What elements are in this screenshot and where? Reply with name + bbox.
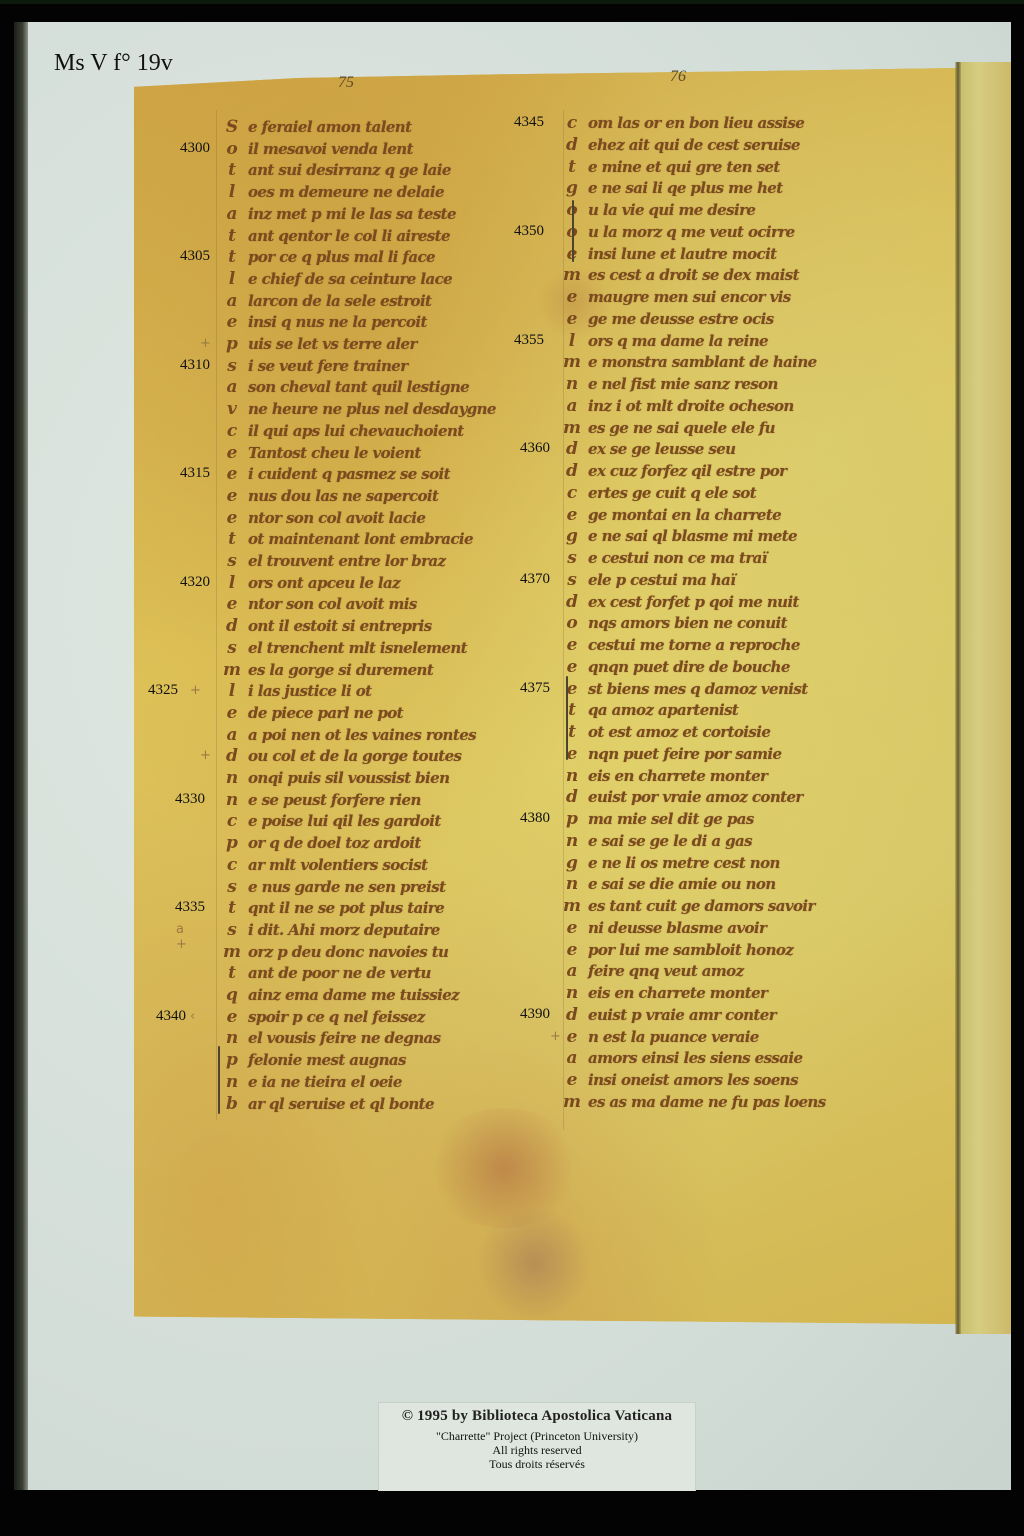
verse-text: a poi nen ot les vaines rontes (248, 726, 476, 744)
verse-line: se cestui non ce ma traï (562, 547, 767, 569)
verse-initial: d (562, 1005, 582, 1025)
verse-initial: g (562, 526, 582, 546)
verse-text: u la vie qui me desire (588, 201, 755, 219)
verse-line: sel trenchent mlt isnelement (222, 637, 467, 659)
verse-line: epor lui me sambloit honoz (562, 939, 793, 961)
verse-line: mes tant cuit ge damors savoir (562, 895, 815, 917)
verse-initial: e (222, 1007, 242, 1027)
verse-text: es tant cuit ge damors savoir (588, 897, 815, 915)
verse-initial: d (222, 746, 242, 766)
verse-line: eqnqn puet dire de bouche (562, 656, 790, 678)
verse-line: nonqi puis sil voussist bien (222, 767, 449, 789)
verse-text: es la gorge si durement (248, 661, 433, 679)
verse-text: ex se ge leusse seu (588, 440, 735, 458)
verse-initial: s (222, 551, 242, 571)
verse-text: ehez ait qui de cest seruise (588, 136, 800, 154)
verse-text: inz met p mi le las sa teste (248, 205, 456, 223)
verse-initial: e (222, 508, 242, 528)
verse-line: en est la puance veraie (562, 1026, 759, 1048)
verse-text: u la morz q me veut ocirre (588, 223, 795, 241)
verse-initial: e (222, 703, 242, 723)
verse-line: tqnt il ne se pot plus taire (222, 897, 444, 919)
rights-en: All rights reserved (379, 1443, 695, 1457)
verse-text: e mine et qui gre ten set (588, 158, 780, 176)
verse-line: puis se let vs terre aler (222, 333, 417, 355)
verse-text: e monstra samblant de haine (588, 353, 817, 371)
verse-text: ant sui desirranz q ge laie (248, 161, 451, 179)
verse-initial: m (562, 896, 582, 916)
verse-initial: s (222, 877, 242, 897)
verse-initial: n (562, 831, 582, 851)
verse-text: ma mie sel dit ge pas (588, 810, 754, 828)
verse-initial: o (562, 613, 582, 633)
verse-text: ge montai en la charrete (588, 506, 781, 524)
verse-line: ge ne sai li qe plus me het (562, 177, 783, 199)
verse-initial: m (222, 660, 242, 680)
verse-line: tant de poor ne de vertu (222, 962, 431, 984)
verse-initial: e (562, 1027, 582, 1047)
verse-line: onqs amors bien ne conuit (562, 612, 787, 634)
verse-initial: n (222, 768, 242, 788)
verse-text: ele p cestui ma haï (588, 571, 735, 589)
verse-text: e sai se ge le di a gas (588, 832, 752, 850)
verse-initial: m (562, 352, 582, 372)
verse-text: onqi puis sil voussist bien (248, 769, 449, 787)
verse-text: oes m demeure ne delaie (248, 183, 444, 201)
verse-line: ainz met p mi le las sa teste (222, 203, 456, 225)
line-number: 4305 (180, 248, 210, 265)
verse-text: inz i ot mlt droite ocheson (588, 397, 794, 415)
verse-initial: l (222, 269, 242, 289)
verse-line: vne heure ne plus nel desdaygne (222, 398, 496, 420)
verse-line: se nus garde ne sen preist (222, 876, 445, 898)
verse-line: nel vousis feire ne degnas (222, 1027, 441, 1049)
verse-initial: s (562, 548, 582, 568)
verse-initial: d (562, 461, 582, 481)
verse-text: i las justice li ot (248, 682, 371, 700)
verse-text: e ne sai li qe plus me het (588, 179, 783, 197)
verse-text: feire qnq veut amoz (588, 962, 744, 980)
verse-initial: s (222, 638, 242, 658)
verse-line: ainz i ot mlt droite ocheson (562, 395, 794, 417)
verse-text: ar ql seruise et ql bonte (248, 1095, 434, 1113)
verse-line: Se feraiel amon talent (222, 116, 411, 138)
verse-text: insi q nus ne la percoit (248, 313, 427, 331)
verse-line: li las justice li ot (222, 680, 371, 702)
verse-line: dont il estoit si entrepris (222, 615, 432, 637)
verse-initial: e (562, 657, 582, 677)
verse-text: il mesavoi venda lent (248, 140, 413, 158)
verse-initial: v (222, 399, 242, 419)
verse-text: por lui me sambloit honoz (588, 941, 793, 959)
verse-text: e cestui non ce ma traï (588, 549, 767, 567)
verse-text: e poise lui qil les gardoit (248, 812, 441, 830)
verse-initial: t (222, 898, 242, 918)
verse-initial: n (222, 1072, 242, 1092)
verse-initial: n (562, 874, 582, 894)
verse-line: enqn puet feire por samie (562, 743, 781, 765)
verse-initial: b (222, 1094, 242, 1114)
copyright-holder: © 1995 by Biblioteca Apostolica Vaticana (379, 1408, 695, 1425)
verse-text: cestui me torne a reproche (588, 636, 800, 654)
verse-initial: e (562, 287, 582, 307)
verse-text: e ne sai ql blasme mi mete (588, 527, 797, 545)
margin-bracket (218, 1046, 220, 1114)
verse-line: ei cuident q pasmez se soit (222, 463, 450, 485)
verse-initial: e (222, 312, 242, 332)
ruling-line (216, 110, 217, 1120)
verse-text: nqn puet feire por samie (588, 745, 781, 763)
verse-text: i se veut fere trainer (248, 357, 408, 375)
verse-line: tant sui desirranz q ge laie (222, 159, 451, 181)
line-number: 4375 (520, 680, 550, 697)
verse-text: i cuident q pasmez se soit (248, 465, 450, 483)
verse-initial: e (562, 918, 582, 938)
verse-line: sel trouvent entre lor braz (222, 550, 445, 572)
verse-text: e ne li os metre cest non (588, 854, 780, 872)
verse-text: qnqn puet dire de bouche (588, 658, 790, 676)
folio-title: Ms V f° 19v (54, 50, 173, 77)
verse-line: neis en charrete monter (562, 765, 767, 787)
verse-text: ant qentor le col li aireste (248, 227, 450, 245)
verse-initial: e (222, 443, 242, 463)
verse-text: n est la puance veraie (588, 1028, 759, 1046)
line-number: 4380 (520, 810, 550, 827)
verse-initial: t (562, 157, 582, 177)
stain (424, 1108, 584, 1228)
verse-initial: e (562, 505, 582, 525)
verse-line: tqa amoz apartenist (562, 699, 738, 721)
verse-initial: d (562, 592, 582, 612)
verse-initial: s (562, 570, 582, 590)
verse-line: mes la gorge si durement (222, 659, 433, 681)
mount-edge-shadow (14, 22, 28, 1490)
verse-initial: m (562, 1092, 582, 1112)
verse-text: e sai se die amie ou non (588, 875, 776, 893)
verse-text: i dit. Ahi morz deputaire (248, 921, 440, 939)
verse-line: dex se ge leusse seu (562, 438, 735, 460)
verse-line: einsi q nus ne la percoit (222, 311, 427, 333)
verse-initial: e (562, 1070, 582, 1090)
verse-text: maugre men sui encor vis (588, 288, 791, 306)
verse-text: euist p vraie amr conter (588, 1006, 776, 1024)
verse-line: si dit. Ahi morz deputaire (222, 919, 440, 941)
verse-line: dou col et de la gorge toutes (222, 745, 461, 767)
verse-text: es as ma dame ne fu pas loens (588, 1093, 826, 1111)
verse-line: ecestui me torne a reproche (562, 634, 800, 656)
verse-initial: n (562, 983, 582, 1003)
verse-initial: l (222, 573, 242, 593)
verse-text: es cest a droit se dex maist (588, 266, 799, 284)
line-number: 4345 (514, 114, 544, 131)
margin-mark: + (200, 748, 211, 763)
verse-initial: a (222, 291, 242, 311)
line-number: 4310 (180, 357, 210, 374)
verse-text: ntor son col avoit mis (248, 595, 417, 613)
verse-initial: l (222, 182, 242, 202)
verse-initial: l (562, 331, 582, 351)
verse-initial: t (222, 160, 242, 180)
verse-initial: a (222, 725, 242, 745)
verse-line: qainz ema dame me tuissiez (222, 984, 459, 1006)
verse-line: morz p deu donc navoies tu (222, 941, 448, 963)
verse-line: enus dou las ne sapercoit (222, 485, 438, 507)
verse-line: eni deusse blasme avoir (562, 917, 766, 939)
project-credit: "Charrette" Project (Princeton Universit… (379, 1429, 695, 1443)
verse-line: lors ont apceu le laz (222, 572, 400, 594)
line-number: 4300 (180, 140, 210, 157)
verse-initial: d (222, 616, 242, 636)
verse-text: ntor son col avoit lacie (248, 509, 425, 527)
verse-line: dex cest forfet p qoi me nuit (562, 591, 799, 613)
verse-line: est biens mes q damoz venist (562, 678, 808, 700)
verse-initial: m (222, 942, 242, 962)
verse-line: aamors einsi les siens essaie (562, 1047, 802, 1069)
verse-text: or q de doel toz ardoit (248, 834, 421, 852)
verse-line: com las or en bon lieu assise (562, 112, 804, 134)
verse-line: mes as ma dame ne fu pas loens (562, 1091, 826, 1113)
verse-line: tot est amoz et cortoisie (562, 721, 770, 743)
foliation-left: 75 (338, 74, 354, 92)
verse-initial: q (222, 985, 242, 1005)
line-number: 4370 (520, 571, 550, 588)
verse-line: lors q ma dame la reine (562, 330, 768, 352)
verse-initial: c (222, 855, 242, 875)
verse-text: son cheval tant quil lestigne (248, 378, 469, 396)
verse-line: ne nel fist mie sanz reson (562, 373, 778, 395)
verse-line: pfelonie mest augnas (222, 1049, 406, 1071)
verse-initial: g (562, 853, 582, 873)
verse-line: ne sai se ge le di a gas (562, 830, 752, 852)
verse-initial: c (222, 421, 242, 441)
verse-line: dex cuz forfez qil estre por (562, 460, 786, 482)
verse-line: oil mesavoi venda lent (222, 138, 413, 160)
verse-line: aa poi nen ot les vaines rontes (222, 724, 476, 746)
line-number: 4335 (175, 899, 205, 916)
verse-initial: l (222, 681, 242, 701)
verse-initial: t (222, 529, 242, 549)
verse-text: euist por vraie amoz conter (588, 788, 803, 806)
verse-initial: c (562, 113, 582, 133)
verse-text: amors einsi les siens essaie (588, 1049, 802, 1067)
verse-initial: a (222, 377, 242, 397)
facing-page-edge (956, 62, 1011, 1334)
verse-initial: n (562, 374, 582, 394)
verse-line: ge ne sai ql blasme mi mete (562, 525, 797, 547)
verse-text: ot est amoz et cortoisie (588, 723, 770, 741)
line-number: 4355 (514, 332, 544, 349)
verse-line: car mlt volentiers socist (222, 854, 427, 876)
verse-line: dehez ait qui de cest seruise (562, 134, 800, 156)
verse-initial: p (222, 833, 242, 853)
verse-line: einsi oneist amors les soens (562, 1069, 798, 1091)
verse-text: ors q ma dame la reine (588, 332, 768, 350)
verse-text: ertes ge cuit q ele sot (588, 484, 756, 502)
verse-text: ainz ema dame me tuissiez (248, 986, 459, 1004)
verse-text: nus dou las ne sapercoit (248, 487, 438, 505)
verse-line: ede piece parl ne pot (222, 702, 403, 724)
verse-line: tot maintenant lont embracie (222, 528, 473, 550)
verse-line: tpor ce q plus mal li face (222, 246, 435, 268)
verse-line: deuist p vraie amr conter (562, 1004, 776, 1026)
verse-initial: e (562, 635, 582, 655)
copyright-label: © 1995 by Biblioteca Apostolica Vaticana… (378, 1402, 696, 1491)
verse-text: om las or en bon lieu assise (588, 114, 804, 132)
verse-line: einsi lune et lautre mocit (562, 243, 777, 265)
verse-line: me monstra samblant de haine (562, 351, 817, 373)
verse-line: alarcon de la sele estroit (222, 290, 431, 312)
verse-text: Tantost cheu le voient (248, 444, 421, 462)
verse-text: larcon de la sele estroit (248, 292, 431, 310)
verse-line: ge ne li os metre cest non (562, 852, 780, 874)
line-number: 4320 (180, 574, 210, 591)
verse-text: qnt il ne se pot plus taire (248, 899, 444, 917)
verse-text: ex cest forfet p qoi me nuit (588, 593, 799, 611)
verse-text: eis en charrete monter (588, 984, 767, 1002)
verse-line: tant qentor le col li aireste (222, 225, 450, 247)
line-number: 4315 (180, 465, 210, 482)
verse-initial: e (562, 679, 582, 699)
verse-line: mes cest a droit se dex maist (562, 264, 799, 286)
verse-line: te mine et qui gre ten set (562, 156, 780, 178)
verse-line: le chief de sa ceinture lace (222, 268, 452, 290)
verse-line: ege montai en la charrete (562, 504, 781, 526)
binding-gutter (955, 62, 961, 1334)
verse-line: emaugre men sui encor vis (562, 286, 791, 308)
verse-line: si se veut fere trainer (222, 355, 408, 377)
verse-line: mes ge ne sai quele ele fu (562, 417, 775, 439)
verse-initial: s (222, 920, 242, 940)
verse-text: es ge ne sai quele ele fu (588, 419, 775, 437)
verse-text: ne heure ne plus nel desdaygne (248, 400, 496, 418)
verse-initial: t (222, 963, 242, 983)
verse-text: qa amoz apartenist (588, 701, 738, 719)
margin-bracket (572, 200, 574, 262)
verse-initial: a (562, 1048, 582, 1068)
verse-initial: e (222, 486, 242, 506)
verse-initial: c (222, 811, 242, 831)
verse-initial: p (562, 809, 582, 829)
verse-line: ne sai se die amie ou non (562, 873, 776, 895)
verse-initial: d (562, 135, 582, 155)
stain (474, 1208, 594, 1318)
verse-initial: a (562, 396, 582, 416)
verse-initial: d (562, 439, 582, 459)
verse-text: e nel fist mie sanz reson (588, 375, 778, 393)
verse-text: e ia ne tieira el oeie (248, 1073, 402, 1091)
verse-text: st biens mes q damoz venist (588, 680, 808, 698)
verse-line: espoir p ce q nel feissez (222, 1006, 425, 1028)
verse-line: afeire qnq veut amoz (562, 960, 744, 982)
line-number: 4325 (148, 682, 178, 699)
verse-initial: m (562, 265, 582, 285)
verse-text: ont il estoit si entrepris (248, 617, 432, 635)
line-number: 4350 (514, 223, 544, 240)
verse-text: ge me deusse estre ocis (588, 310, 774, 328)
bottom-frame (0, 1490, 1024, 1536)
verse-text: il qui aps lui chevauchoient (248, 422, 464, 440)
margin-mark: + (190, 683, 201, 698)
verse-text: e se peust forfere rien (248, 791, 421, 809)
line-number: 4340 (156, 1008, 186, 1025)
verse-initial: s (222, 356, 242, 376)
verse-initial: S (222, 117, 242, 137)
line-number: 4390 (520, 1006, 550, 1023)
verse-initial: t (562, 722, 582, 742)
verse-initial: p (222, 1050, 242, 1070)
verse-initial: e (562, 744, 582, 764)
verse-initial: e (562, 940, 582, 960)
verse-initial: n (222, 1028, 242, 1048)
verse-text: ni deusse blasme avoir (588, 919, 766, 937)
verse-line: deuist por vraie amoz conter (562, 786, 803, 808)
top-border (0, 0, 1024, 4)
verse-line: ege me deusse estre ocis (562, 308, 774, 330)
verse-initial: p (222, 334, 242, 354)
verse-line: ason cheval tant quil lestigne (222, 376, 469, 398)
verse-text: eis en charrete monter (588, 767, 767, 785)
verse-line: entor son col avoit mis (222, 593, 417, 615)
verse-line: certes ge cuit q ele sot (562, 482, 756, 504)
verse-line: pma mie sel dit ge pas (562, 808, 754, 830)
verse-text: spoir p ce q nel feissez (248, 1008, 425, 1026)
margin-mark: a + (176, 922, 187, 952)
verse-initial: o (222, 139, 242, 159)
verse-initial: e (222, 464, 242, 484)
verse-line: sele p cestui ma haï (562, 569, 735, 591)
verse-text: el trouvent entre lor braz (248, 552, 445, 570)
verse-line: ou la morz q me veut ocirre (562, 221, 795, 243)
verse-initial: a (222, 204, 242, 224)
verse-text: de piece parl ne pot (248, 704, 403, 722)
verse-line: por q de doel toz ardoit (222, 832, 421, 854)
line-number: 4330 (175, 791, 205, 808)
verse-text: nqs amors bien ne conuit (588, 614, 787, 632)
verse-line: ce poise lui qil les gardoit (222, 810, 441, 832)
verse-initial: e (222, 594, 242, 614)
verse-text: ant de poor ne de vertu (248, 964, 431, 982)
verse-initial: c (562, 483, 582, 503)
verse-text: ou col et de la gorge toutes (248, 747, 461, 765)
margin-mark: + (200, 336, 211, 351)
verse-initial: a (562, 961, 582, 981)
verse-initial: n (562, 766, 582, 786)
verse-line: entor son col avoit lacie (222, 507, 425, 529)
margin-mark: + (550, 1029, 561, 1044)
rights-fr: Tous droits réservés (379, 1457, 695, 1471)
line-number: 4360 (520, 440, 550, 457)
verse-line: loes m demeure ne delaie (222, 181, 444, 203)
verse-text: ar mlt volentiers socist (248, 856, 427, 874)
verse-text: insi oneist amors les soens (588, 1071, 798, 1089)
verse-line: bar ql seruise et ql bonte (222, 1093, 434, 1115)
verse-text: uis se let vs terre aler (248, 335, 417, 353)
verse-line: ne ia ne tieira el oeie (222, 1071, 402, 1093)
verse-line: ou la vie qui me desire (562, 199, 755, 221)
verse-text: ors ont apceu le laz (248, 574, 400, 592)
verse-text: ot maintenant lont embracie (248, 530, 473, 548)
verse-initial: m (562, 418, 582, 438)
verse-initial: t (222, 226, 242, 246)
verse-line: ne se peust forfere rien (222, 789, 421, 811)
verse-text: e chief de sa ceinture lace (248, 270, 452, 288)
verse-text: el vousis feire ne degnas (248, 1029, 441, 1047)
verse-line: eTantost cheu le voient (222, 442, 421, 464)
verse-text: ex cuz forfez qil estre por (588, 462, 786, 480)
verse-initial: n (222, 790, 242, 810)
verse-text: e feraiel amon talent (248, 118, 411, 136)
verse-line: cil qui aps lui chevauchoient (222, 420, 464, 442)
